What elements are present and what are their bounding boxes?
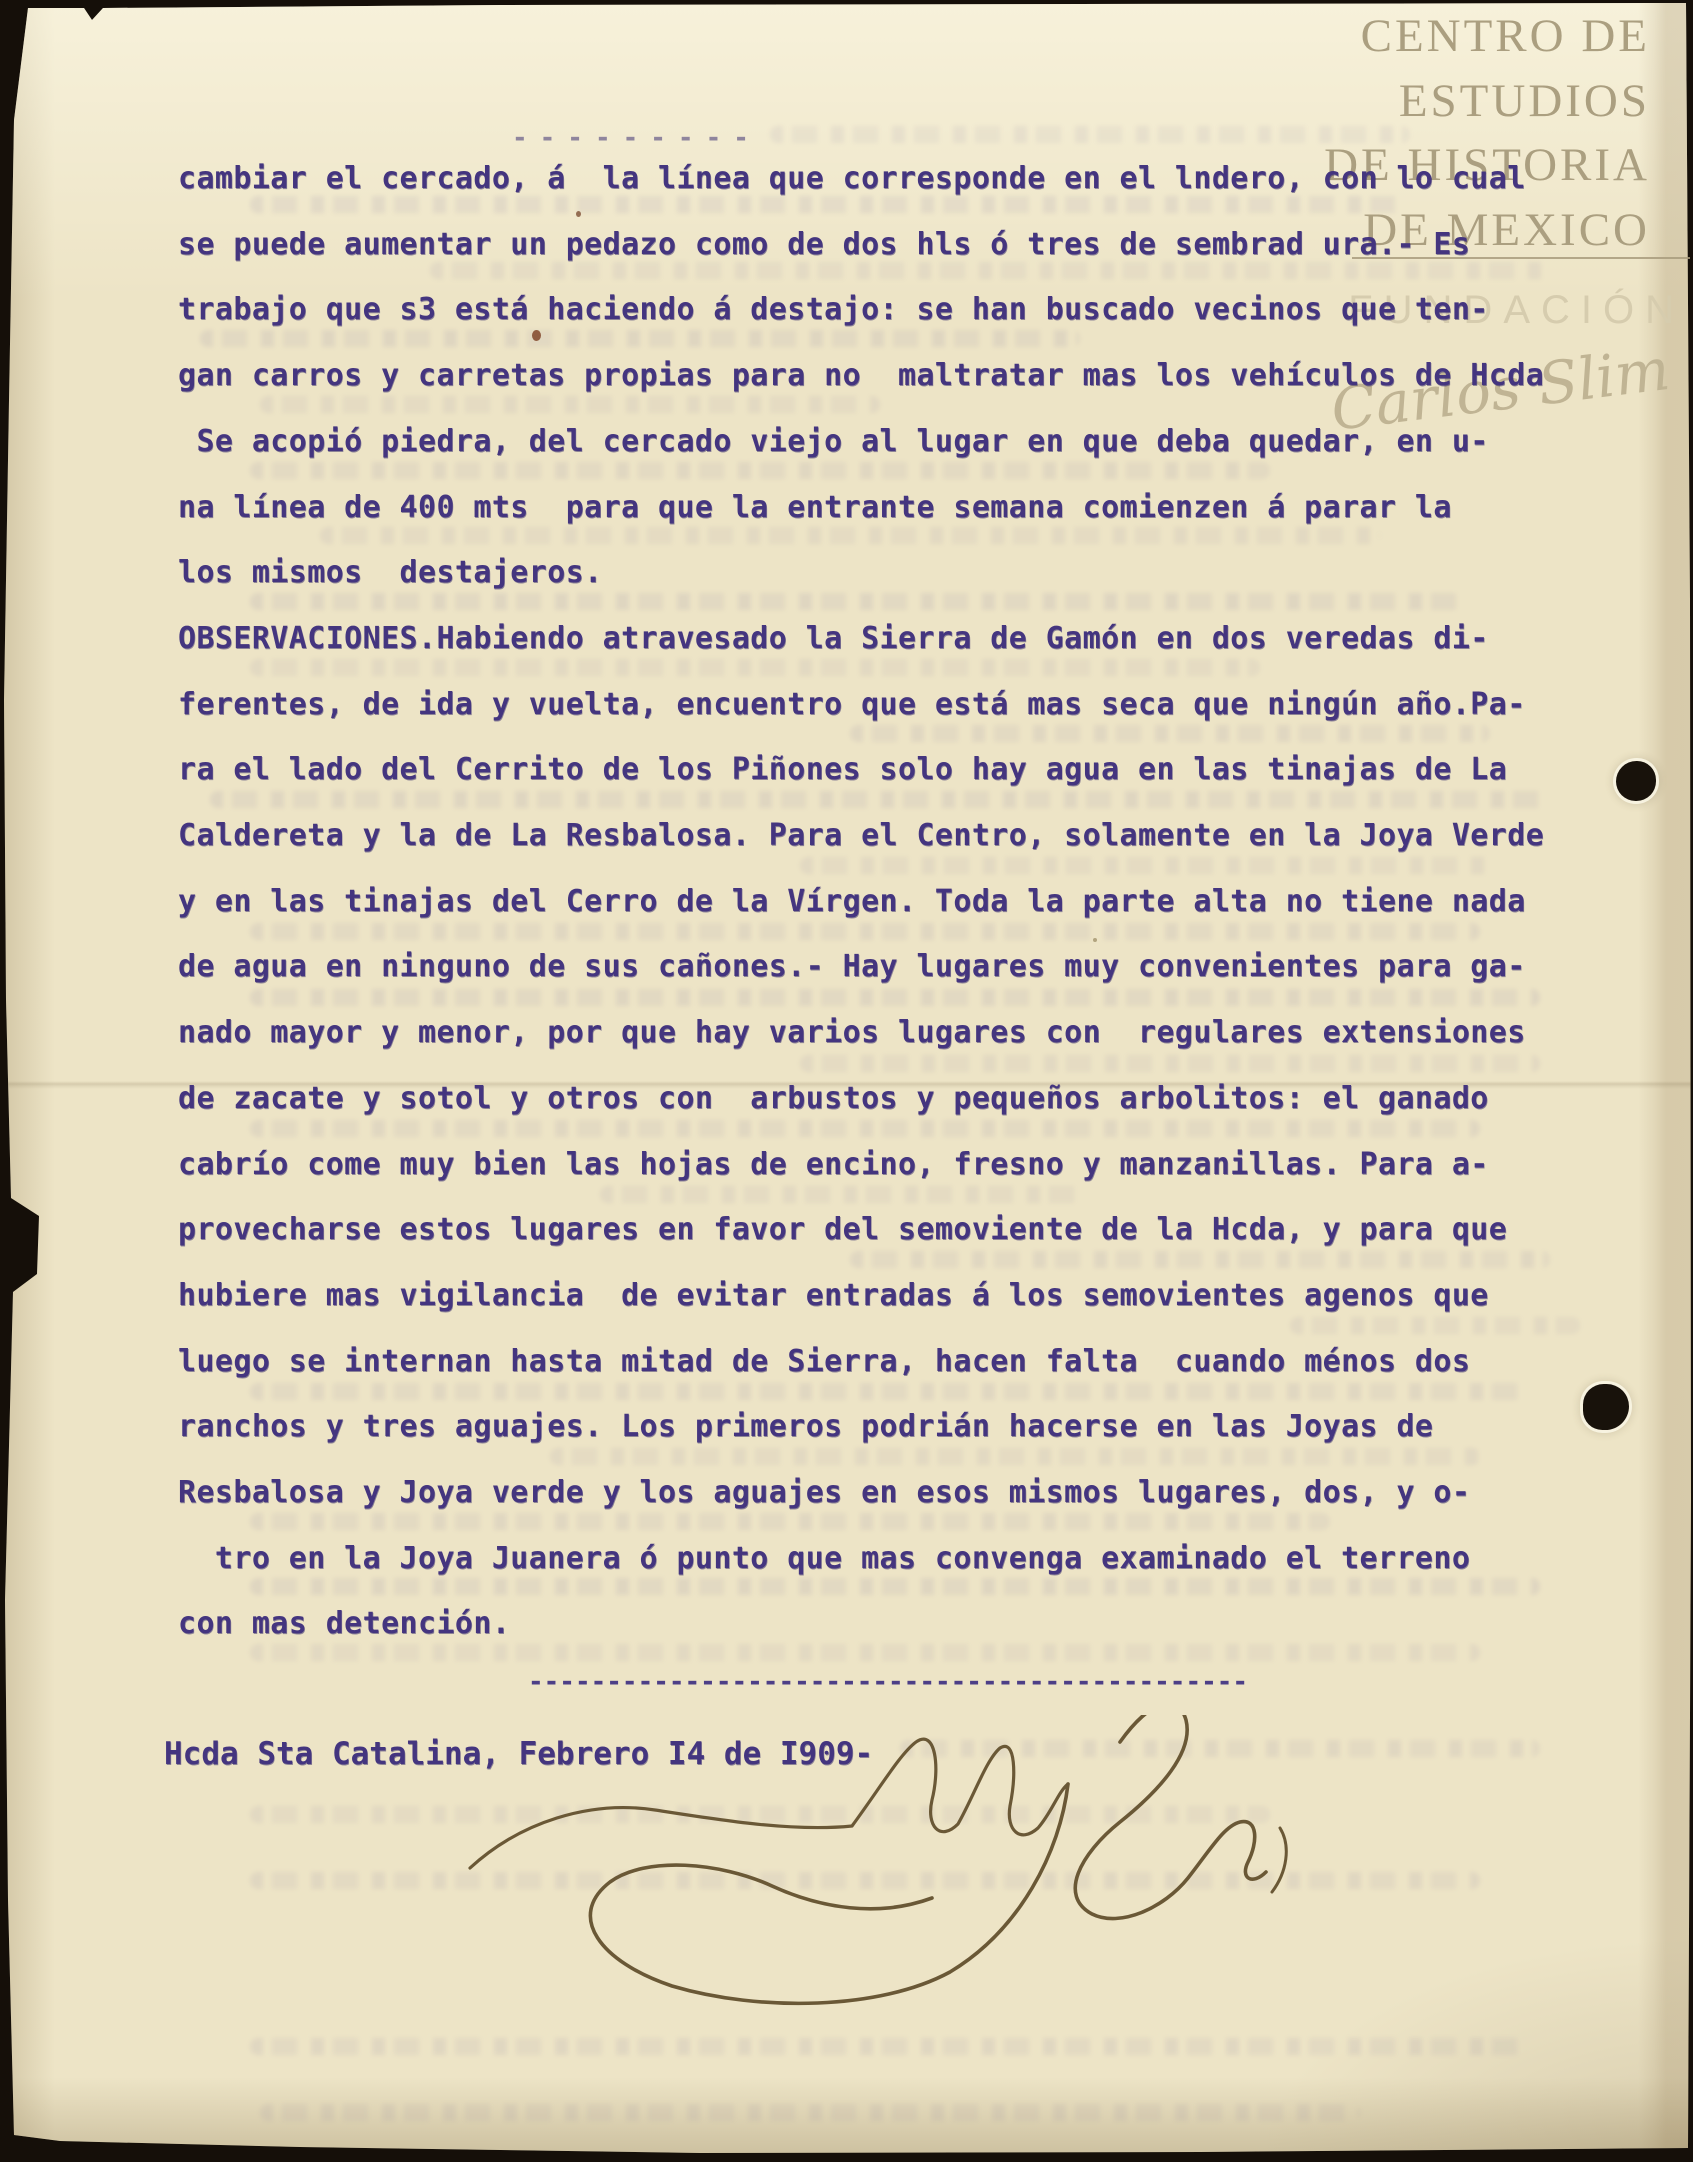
typed-line: de agua en ninguno de sus cañones.- Hay …: [178, 934, 1544, 1000]
paper-speck: [1093, 938, 1097, 942]
typed-line: ra el lado del Cerrito de los Piñones so…: [178, 737, 1544, 803]
typed-line: Se acopió piedra, del cercado viejo al l…: [178, 409, 1544, 475]
bleedthrough-ghost: [250, 2038, 1530, 2055]
typed-line: de zacate y sotol y otros con arbustos y…: [178, 1066, 1544, 1132]
typed-line: ranchos y tres aguajes. Los primeros pod…: [178, 1394, 1544, 1460]
typed-line: cabrío come muy bien las hojas de encino…: [178, 1132, 1544, 1198]
typed-line: Resbalosa y Joya verde y los aguajes en …: [178, 1460, 1544, 1526]
bleedthrough-ghost: [770, 126, 1410, 143]
handwritten-signature: [430, 1715, 1310, 2015]
bleedthrough-ghost: [260, 2104, 1360, 2121]
typed-line: trabajo que s3 está haciendo á destajo: …: [178, 277, 1544, 343]
scanned-document: CENTRO DE ESTUDIOS DE HISTORIA DE MEXICO…: [0, 0, 1693, 2162]
typed-line: OBSERVACIONES.Habiendo atravesado la Sie…: [178, 606, 1544, 672]
typed-line: gan carros y carretas propias para no ma…: [178, 343, 1544, 409]
watermark-line: CENTRO DE: [1324, 4, 1650, 69]
typed-line: y en las tinajas del Cerro de la Vírgen.…: [178, 869, 1544, 935]
typed-line: ferentes, de ida y vuelta, encuentro que…: [178, 672, 1544, 738]
watermark-line: ESTUDIOS: [1324, 69, 1650, 134]
typed-line: Caldereta y la de La Resbalosa. Para el …: [178, 803, 1544, 869]
typed-line: cambiar el cercado, á la línea que corre…: [178, 146, 1544, 212]
paper-speck: [576, 211, 581, 217]
typed-line: con mas detención.: [178, 1591, 1544, 1657]
typed-line: luego se internan hasta mitad de Sierra,…: [178, 1329, 1544, 1395]
typed-line: na línea de 400 mts para que la entrante…: [178, 475, 1544, 541]
separator-dashes-bottom: ----------------------------------------…: [528, 1662, 1248, 1702]
typed-line: los mismos destajeros.: [178, 540, 1544, 606]
typed-body: cambiar el cercado, á la línea que corre…: [178, 146, 1544, 1657]
hole-punch-mark: [1616, 761, 1656, 801]
typed-line: nado mayor y menor, por que hay varios l…: [178, 1000, 1544, 1066]
typed-line: provecharse estos lugares en favor del s…: [178, 1197, 1544, 1263]
paper-speck: [532, 330, 541, 341]
typed-line: se puede aumentar un pedazo como de dos …: [178, 212, 1544, 278]
typed-line: tro en la Joya Juanera ó punto que mas c…: [178, 1526, 1544, 1592]
typed-line: hubiere mas vigilancia de evitar entrada…: [178, 1263, 1544, 1329]
